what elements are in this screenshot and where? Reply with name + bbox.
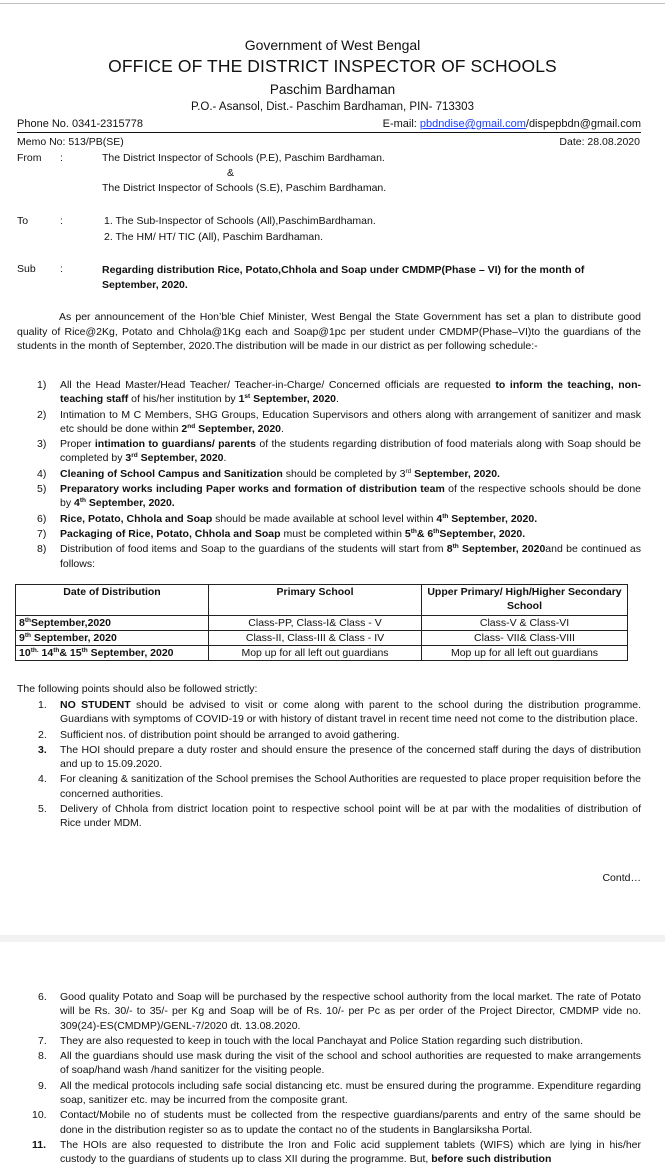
district-heading: Paschim Bardhaman xyxy=(0,82,665,97)
office-heading: OFFICE OF THE DISTRICT INSPECTOR OF SCHO… xyxy=(0,56,665,77)
email-label: E-mail: xyxy=(383,118,420,130)
points-list-page-2: 6.Good quality Potato and Soap will be p… xyxy=(17,990,641,1168)
continued-note: Contd… xyxy=(602,872,641,884)
list-number: 2) xyxy=(37,408,46,422)
primary-classes-cell: Class-PP, Class-I& Class - V xyxy=(209,616,422,631)
contact-row: Phone No. 0341-2315778 E-mail: pbdndise@… xyxy=(17,118,641,133)
list-number: 3) xyxy=(37,437,46,451)
point-item: 9.All the medical protocols including sa… xyxy=(17,1079,641,1108)
list-number: 10. xyxy=(32,1108,47,1122)
to-line-2: 2. The HM/ HT/ TIC (All), Paschim Bardha… xyxy=(104,231,323,243)
point-item: 10.Contact/Mobile no of students must be… xyxy=(17,1108,641,1137)
points-list-page-1: 1.NO STUDENT should be advised to visit … xyxy=(17,698,641,832)
primary-classes-cell: Mop up for all left out guardians xyxy=(209,646,422,661)
distribution-date-cell: 9th September, 2020 xyxy=(16,631,209,646)
schedule-item: 6)Rice, Potato, Chhola and Soap should b… xyxy=(17,512,641,526)
upper-classes-cell: Class- VII& Class-VIII xyxy=(422,631,628,646)
to-line-1: 1. The Sub-Inspector of Schools (All),Pa… xyxy=(104,215,376,227)
list-number: 4. xyxy=(38,772,47,786)
list-number: 6. xyxy=(38,990,47,1004)
subject-label: Sub xyxy=(17,263,36,275)
primary-classes-cell: Class-II, Class-III & Class - IV xyxy=(209,631,422,646)
table-header-row: Date of Distribution Primary School Uppe… xyxy=(16,585,628,616)
to-label: To xyxy=(17,215,28,227)
table-row: 9th September, 2020Class-II, Class-III &… xyxy=(16,631,628,646)
point-item: 11.The HOIs are also requested to distri… xyxy=(17,1138,641,1167)
list-number: 7. xyxy=(38,1034,47,1048)
memo-number: Memo No: 513/PB(SE) xyxy=(17,136,124,148)
schedule-item: 3)Proper intimation to guardians/ parent… xyxy=(17,437,641,466)
list-number: 6) xyxy=(37,512,46,526)
subject-colon: : xyxy=(60,263,63,275)
point-item: 4.For cleaning & sanitization of the Sch… xyxy=(17,772,641,801)
phone-number: Phone No. 0341-2315778 xyxy=(17,118,143,130)
from-line-1: The District Inspector of Schools (P.E),… xyxy=(102,152,385,164)
schedule-item: 1)All the Head Master/Head Teacher/ Teac… xyxy=(17,378,641,407)
government-heading: Government of West Bengal xyxy=(0,37,665,53)
distribution-date-cell: 10th. 14th& 15th September, 2020 xyxy=(16,646,209,661)
document-page-2: 6.Good quality Potato and Soap will be p… xyxy=(0,942,665,1173)
schedule-item: 8)Distribution of food items and Soap to… xyxy=(17,542,641,571)
point-item: 1.NO STUDENT should be advised to visit … xyxy=(17,698,641,727)
distribution-date-cell: 8thSeptember,2020 xyxy=(16,616,209,631)
distribution-table: Date of Distribution Primary School Uppe… xyxy=(15,584,628,661)
intro-paragraph: As per announcement of the Hon’ble Chief… xyxy=(17,310,641,354)
header-upper: Upper Primary/ High/Higher Secondary Sch… xyxy=(422,585,628,616)
header-date: Date of Distribution xyxy=(16,585,209,616)
list-number: 8) xyxy=(37,542,46,556)
page-separator xyxy=(0,935,665,942)
from-ampersand: & xyxy=(227,167,234,179)
email-block: E-mail: pbdndise@gmail.com/dispepbdn@gma… xyxy=(383,118,641,130)
point-item: 2.Sufficient nos. of distribution point … xyxy=(17,728,641,742)
schedule-item: 2)Intimation to M C Members, SHG Groups,… xyxy=(17,408,641,437)
list-number: 7) xyxy=(37,527,46,541)
schedule-list: 1)All the Head Master/Head Teacher/ Teac… xyxy=(17,378,641,572)
schedule-item: 5)Preparatory works including Paper work… xyxy=(17,482,641,511)
list-number: 9. xyxy=(38,1079,47,1093)
document-page-1: Government of West Bengal OFFICE OF THE … xyxy=(0,4,665,935)
point-item: 5.Delivery of Chhola from district locat… xyxy=(17,802,641,831)
upper-classes-cell: Mop up for all left out guardians xyxy=(422,646,628,661)
list-number: 11. xyxy=(32,1138,46,1152)
list-number: 5. xyxy=(38,802,47,816)
upper-classes-cell: Class-V & Class-VI xyxy=(422,616,628,631)
point-item: 7.They are also requested to keep in tou… xyxy=(17,1034,641,1048)
list-number: 8. xyxy=(38,1049,47,1063)
email-link-primary[interactable]: pbdndise@gmail.com xyxy=(420,118,526,130)
list-number: 1. xyxy=(38,698,47,712)
header-primary: Primary School xyxy=(209,585,422,616)
point-item: 6.Good quality Potato and Soap will be p… xyxy=(17,990,641,1033)
from-colon: : xyxy=(60,152,63,164)
schedule-item: 7)Packaging of Rice, Potato, Chhola and … xyxy=(17,527,641,541)
table-row: 8thSeptember,2020Class-PP, Class-I& Clas… xyxy=(16,616,628,631)
schedule-item: 4)Cleaning of School Campus and Sanitiza… xyxy=(17,467,641,481)
to-colon: : xyxy=(60,215,63,227)
list-number: 1) xyxy=(37,378,46,392)
table-row: 10th. 14th& 15th September, 2020Mop up f… xyxy=(16,646,628,661)
from-label: From xyxy=(17,152,42,164)
address-line: P.O.- Asansol, Dist.- Paschim Bardhaman,… xyxy=(0,101,665,113)
follow-points-title: The following points should also be foll… xyxy=(17,683,257,695)
email-secondary: dispepbdn@gmail.com xyxy=(529,118,641,130)
memo-date: Date: 28.08.2020 xyxy=(559,136,640,148)
subject-text: Regarding distribution Rice, Potato,Chho… xyxy=(102,263,642,293)
from-line-2: The District Inspector of Schools (S.E),… xyxy=(102,182,386,194)
point-item: 8.All the guardians should use mask duri… xyxy=(17,1049,641,1078)
point-item: 3.The HOI should prepare a duty roster a… xyxy=(17,743,641,772)
list-number: 2. xyxy=(38,728,47,742)
list-number: 4) xyxy=(37,467,46,481)
list-number: 3. xyxy=(38,743,47,757)
list-number: 5) xyxy=(37,482,46,496)
